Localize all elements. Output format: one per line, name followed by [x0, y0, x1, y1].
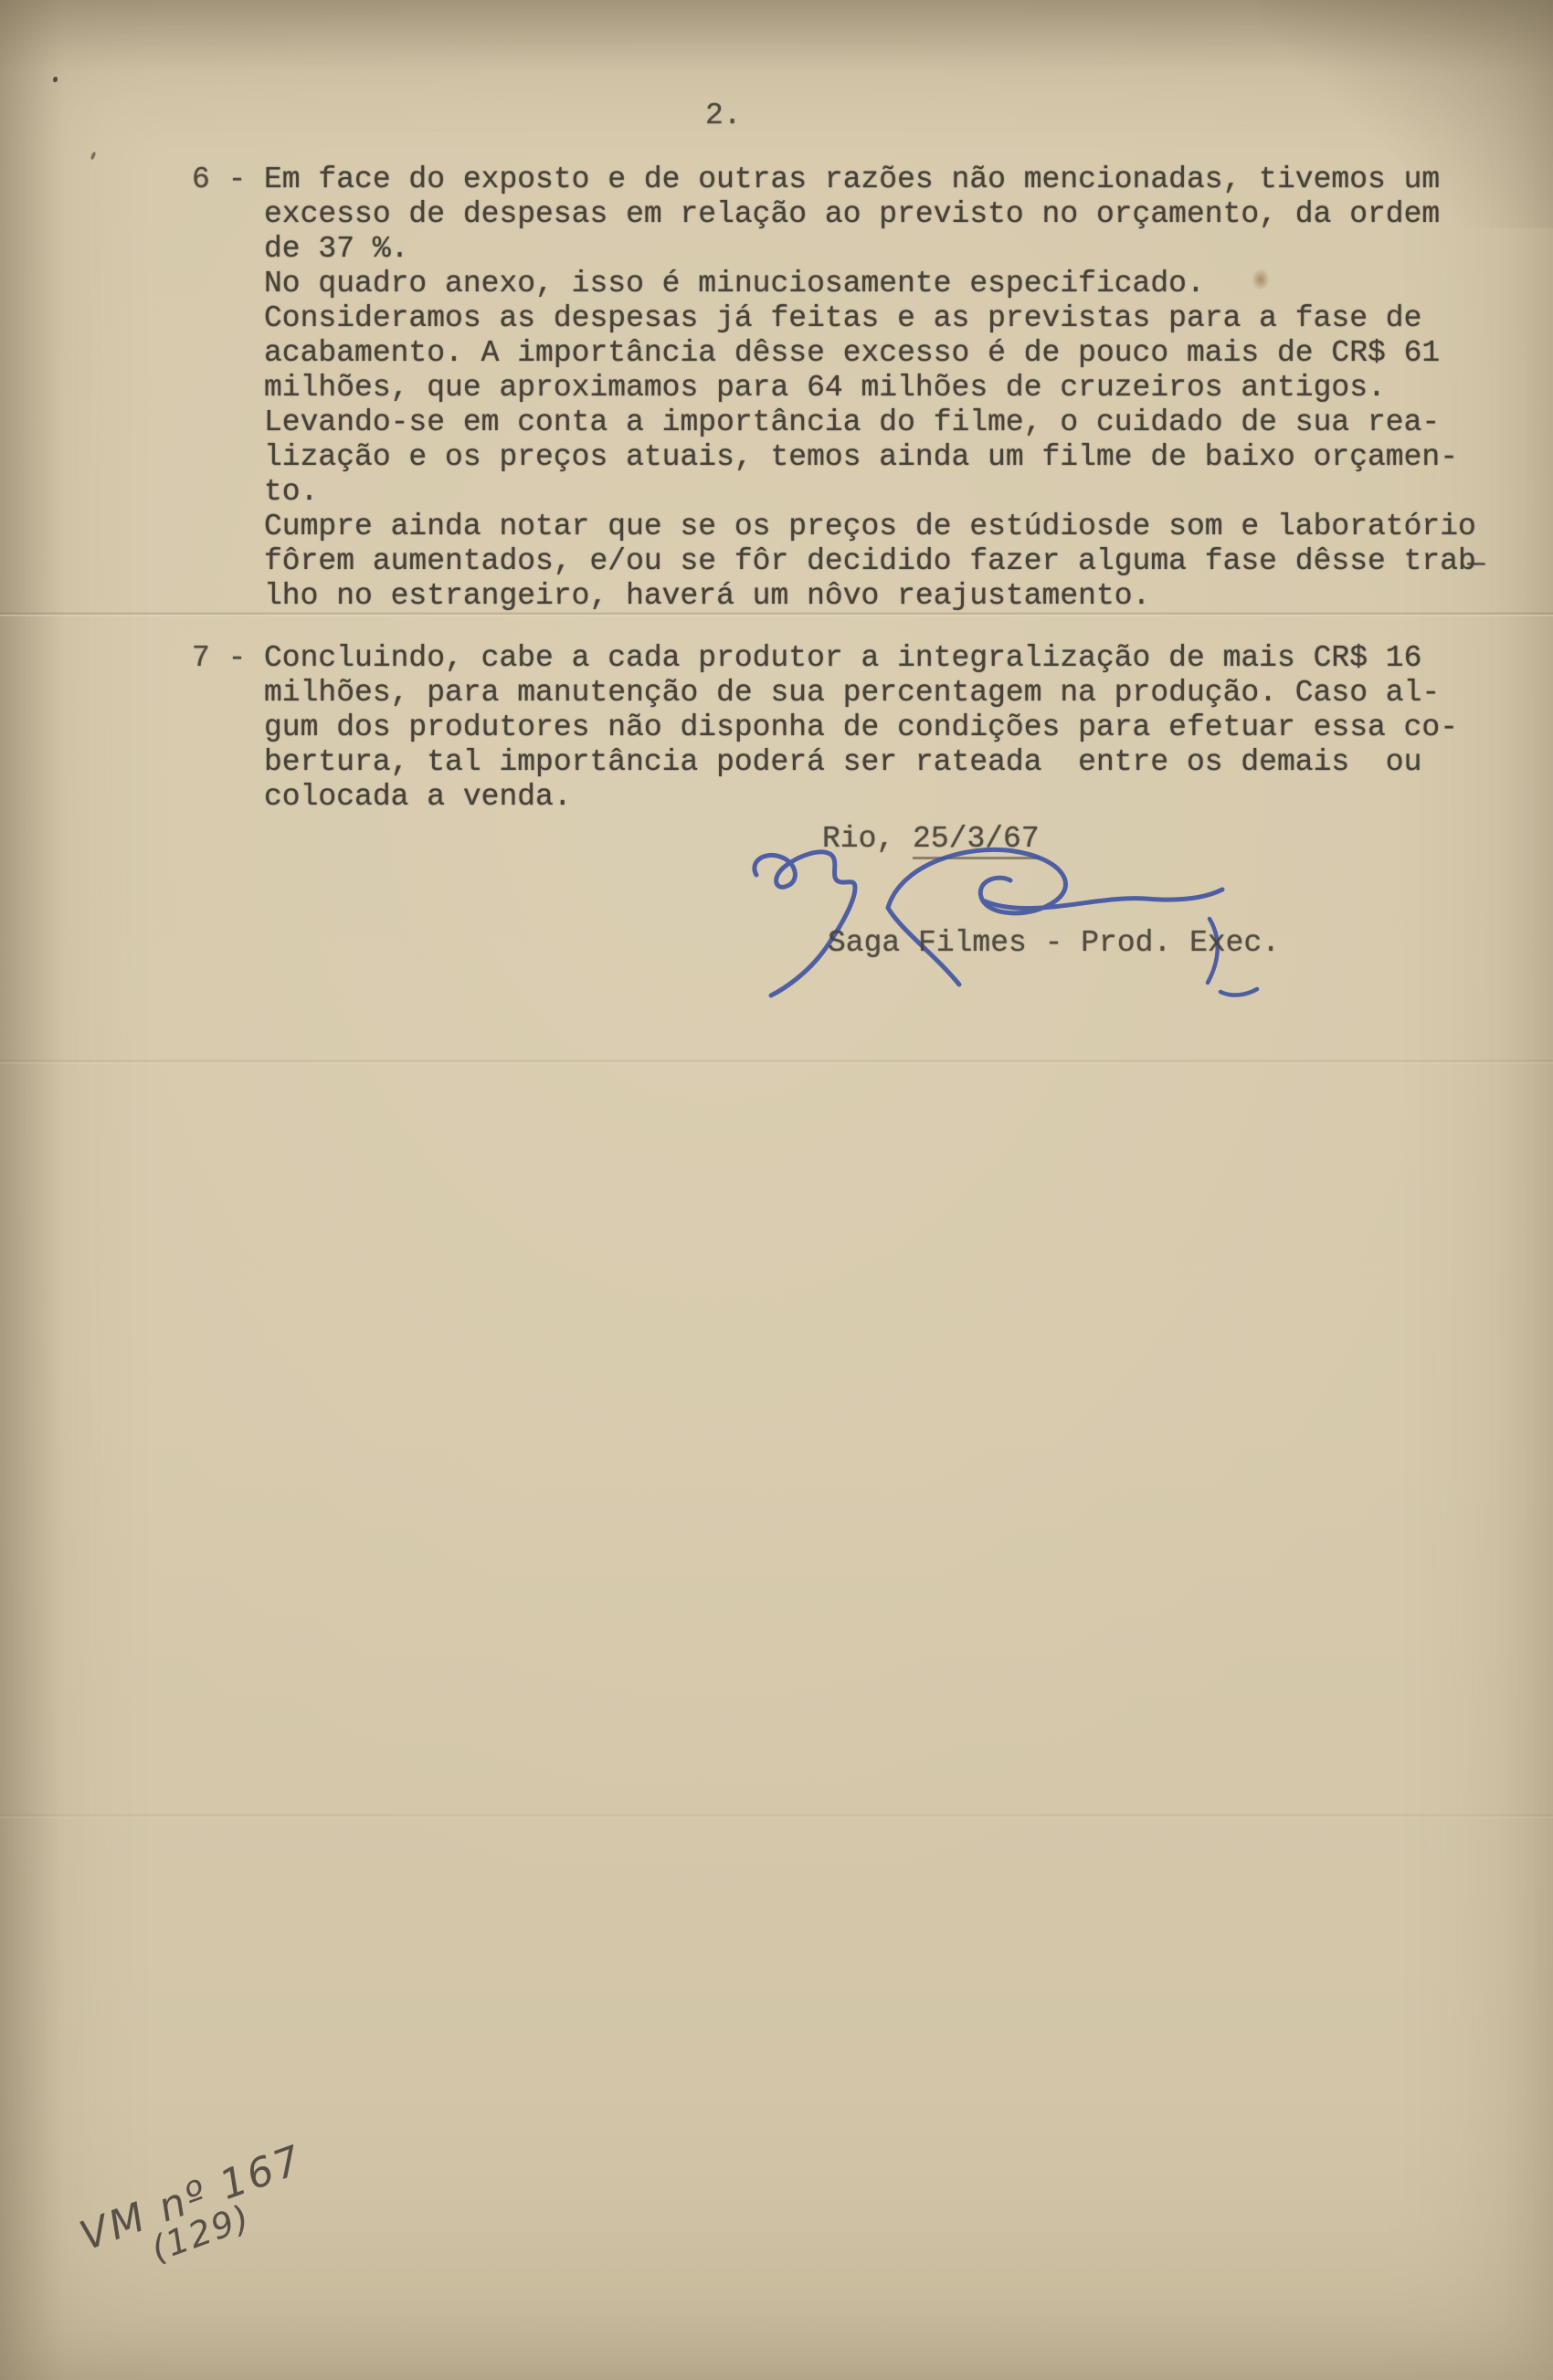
paragraph-text: Em face do exposto e de outras razões nã… — [264, 163, 1476, 614]
fold-crease-lower — [0, 1814, 1553, 1818]
paragraph-6: 6 - Em face do exposto e de outras razõe… — [192, 163, 1476, 614]
typed-line: lho no estrangeiro, haverá um nôvo reaju… — [264, 579, 1476, 614]
archival-pencil-note: VM nº 167 (129) — [74, 2136, 321, 2290]
paper-speck — [90, 152, 97, 161]
paragraph-number-label: 7 - — [192, 641, 264, 676]
scanned-document-page: 2. 6 - Em face do exposto e de outras ra… — [0, 0, 1553, 2380]
typed-line: fôrem aumentados, e/ou se fôr decidido f… — [264, 544, 1476, 579]
page-number: 2. — [705, 99, 742, 133]
signature-ink — [747, 840, 1277, 1005]
typed-line: de 37 %. — [264, 232, 1476, 267]
typed-line: excesso de despesas em relação ao previs… — [264, 197, 1476, 232]
typed-line: Concluindo, cabe a cada produtor a integ… — [264, 641, 1458, 676]
typed-line: milhões, para manutenção de sua percenta… — [264, 676, 1458, 711]
typed-line: Consideramos as despesas já feitas e as … — [264, 301, 1476, 336]
paragraph-text: Concluindo, cabe a cada produtor a integ… — [264, 641, 1458, 815]
paper-speck — [53, 77, 58, 82]
typed-line: bertura, tal importância poderá ser rate… — [264, 745, 1458, 780]
typed-line: milhões, que aproximamos para 64 milhões… — [264, 371, 1476, 405]
typed-line: No quadro anexo, isso é minuciosamente e… — [264, 267, 1476, 301]
top-edge-shadow — [0, 0, 1553, 73]
paragraph-number-label: 6 - — [192, 163, 264, 197]
left-edge-shadow — [0, 0, 64, 2380]
typed-line: colocada a venda. — [264, 780, 1458, 815]
typed-line: lização e os preços atuais, temos ainda … — [264, 440, 1476, 475]
fold-crease-middle — [0, 1059, 1553, 1064]
typed-line: to. — [264, 475, 1476, 510]
typed-line: Cumpre ainda notar que se os preços de e… — [264, 510, 1476, 544]
typed-line: acabamento. A importância dêsse excesso … — [264, 336, 1476, 371]
typed-line: gum dos produtores não disponha de condi… — [264, 711, 1458, 745]
typed-line: Levando-se em conta a importância do fil… — [264, 405, 1476, 440]
paragraph-7: 7 - Concluindo, cabe a cada produtor a i… — [192, 641, 1458, 815]
typed-line: Em face do exposto e de outras razões nã… — [264, 163, 1476, 197]
signature-credit-line: Saga Filmes - Prod. Exec. — [828, 926, 1280, 961]
